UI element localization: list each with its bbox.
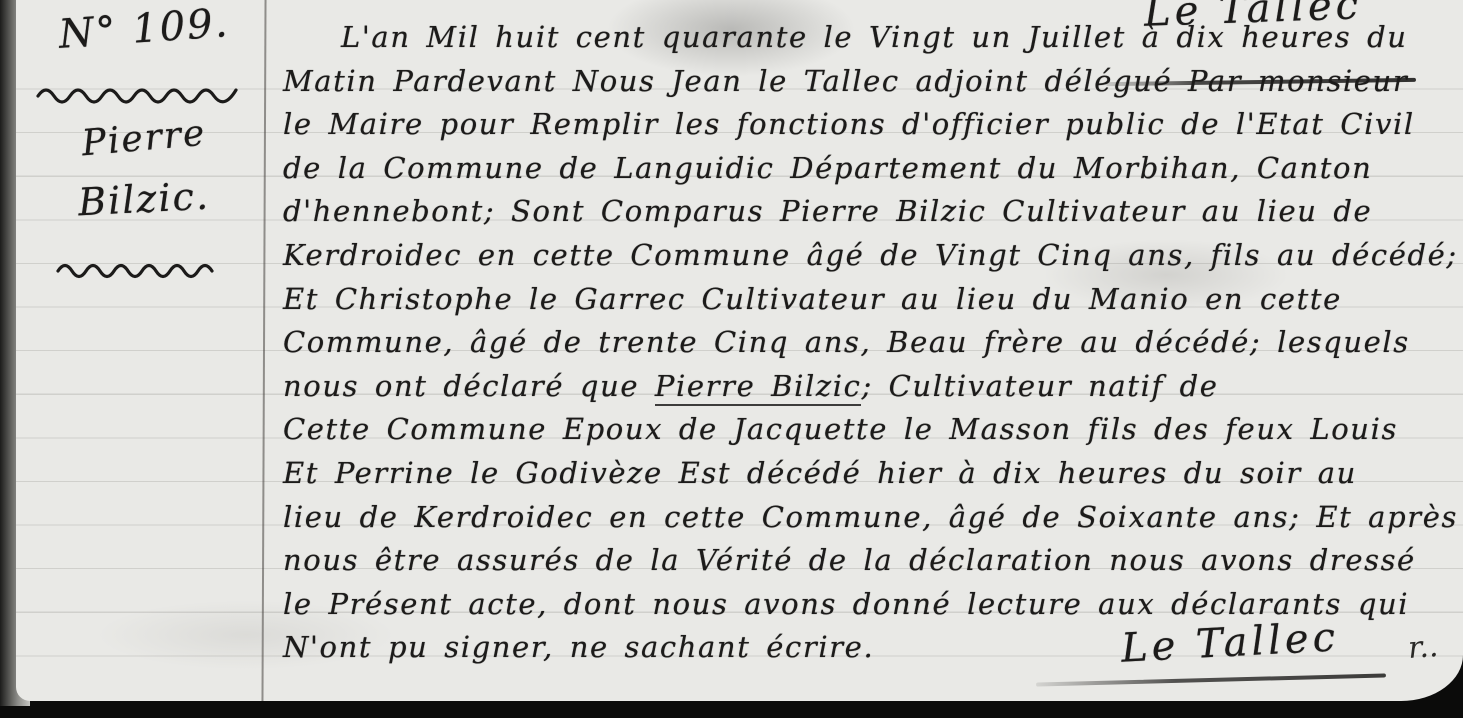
signature-paraph: r.. — [1407, 629, 1439, 666]
manuscript-line: lieu de Kerdroidec en cette Commune, âgé… — [283, 496, 1463, 540]
manuscript-line: Et Christophe le Garrec Cultivateur au l… — [283, 278, 1463, 322]
declaration-prefix: nous ont déclaré que — [283, 369, 655, 403]
flourish-squiggle-icon — [54, 255, 234, 279]
manuscript-line-declaration: nous ont déclaré que Pierre Bilzic; Cult… — [283, 365, 1463, 409]
signature-flourish-line — [1036, 673, 1386, 686]
manuscript-line: Kerdroidec en cette Commune âgé de Vingt… — [283, 234, 1463, 278]
act-number: N° 109. — [33, 0, 256, 60]
declaration-suffix: ; Cultivateur natif de — [861, 369, 1218, 403]
manuscript-line: Cette Commune Epoux de Jacquette le Mass… — [283, 408, 1463, 452]
manuscript-line: le Maire pour Remplir les fonctions d'of… — [283, 103, 1463, 147]
margin-column: N° 109. Pierre Bilzic. — [34, 6, 254, 279]
deceased-name-underlined: Pierre Bilzic — [655, 369, 862, 406]
manuscript-line: L'an Mil huit cent quarante le Vingt un … — [283, 16, 1463, 60]
scanned-death-record: { "colors": { "paper": "#e9e9e6", "ink":… — [0, 0, 1463, 718]
manuscript-line: d'hennebont; Sont Comparus Pierre Bilzic… — [283, 190, 1463, 234]
manuscript-line: Et Perrine le Godivèze Est décédé hier à… — [283, 452, 1463, 496]
manuscript-line: nous être assurés de la Vérité de la déc… — [283, 539, 1463, 583]
manuscript-line: Matin Pardevant Nous Jean le Tallec adjo… — [283, 60, 1463, 104]
deceased-surname: Bilzic. — [33, 171, 255, 226]
deceased-given-name: Pierre — [33, 108, 256, 168]
act-text: L'an Mil huit cent quarante le Vingt un … — [283, 16, 1463, 670]
manuscript-line: de la Commune de Languidic Département d… — [283, 147, 1463, 191]
flourish-squiggle-icon — [34, 78, 260, 104]
register-page: N° 109. Pierre Bilzic. Le Tallec L'an Mi… — [16, 0, 1463, 701]
manuscript-line: Commune, âgé de trente Cinq ans, Beau fr… — [283, 321, 1463, 365]
